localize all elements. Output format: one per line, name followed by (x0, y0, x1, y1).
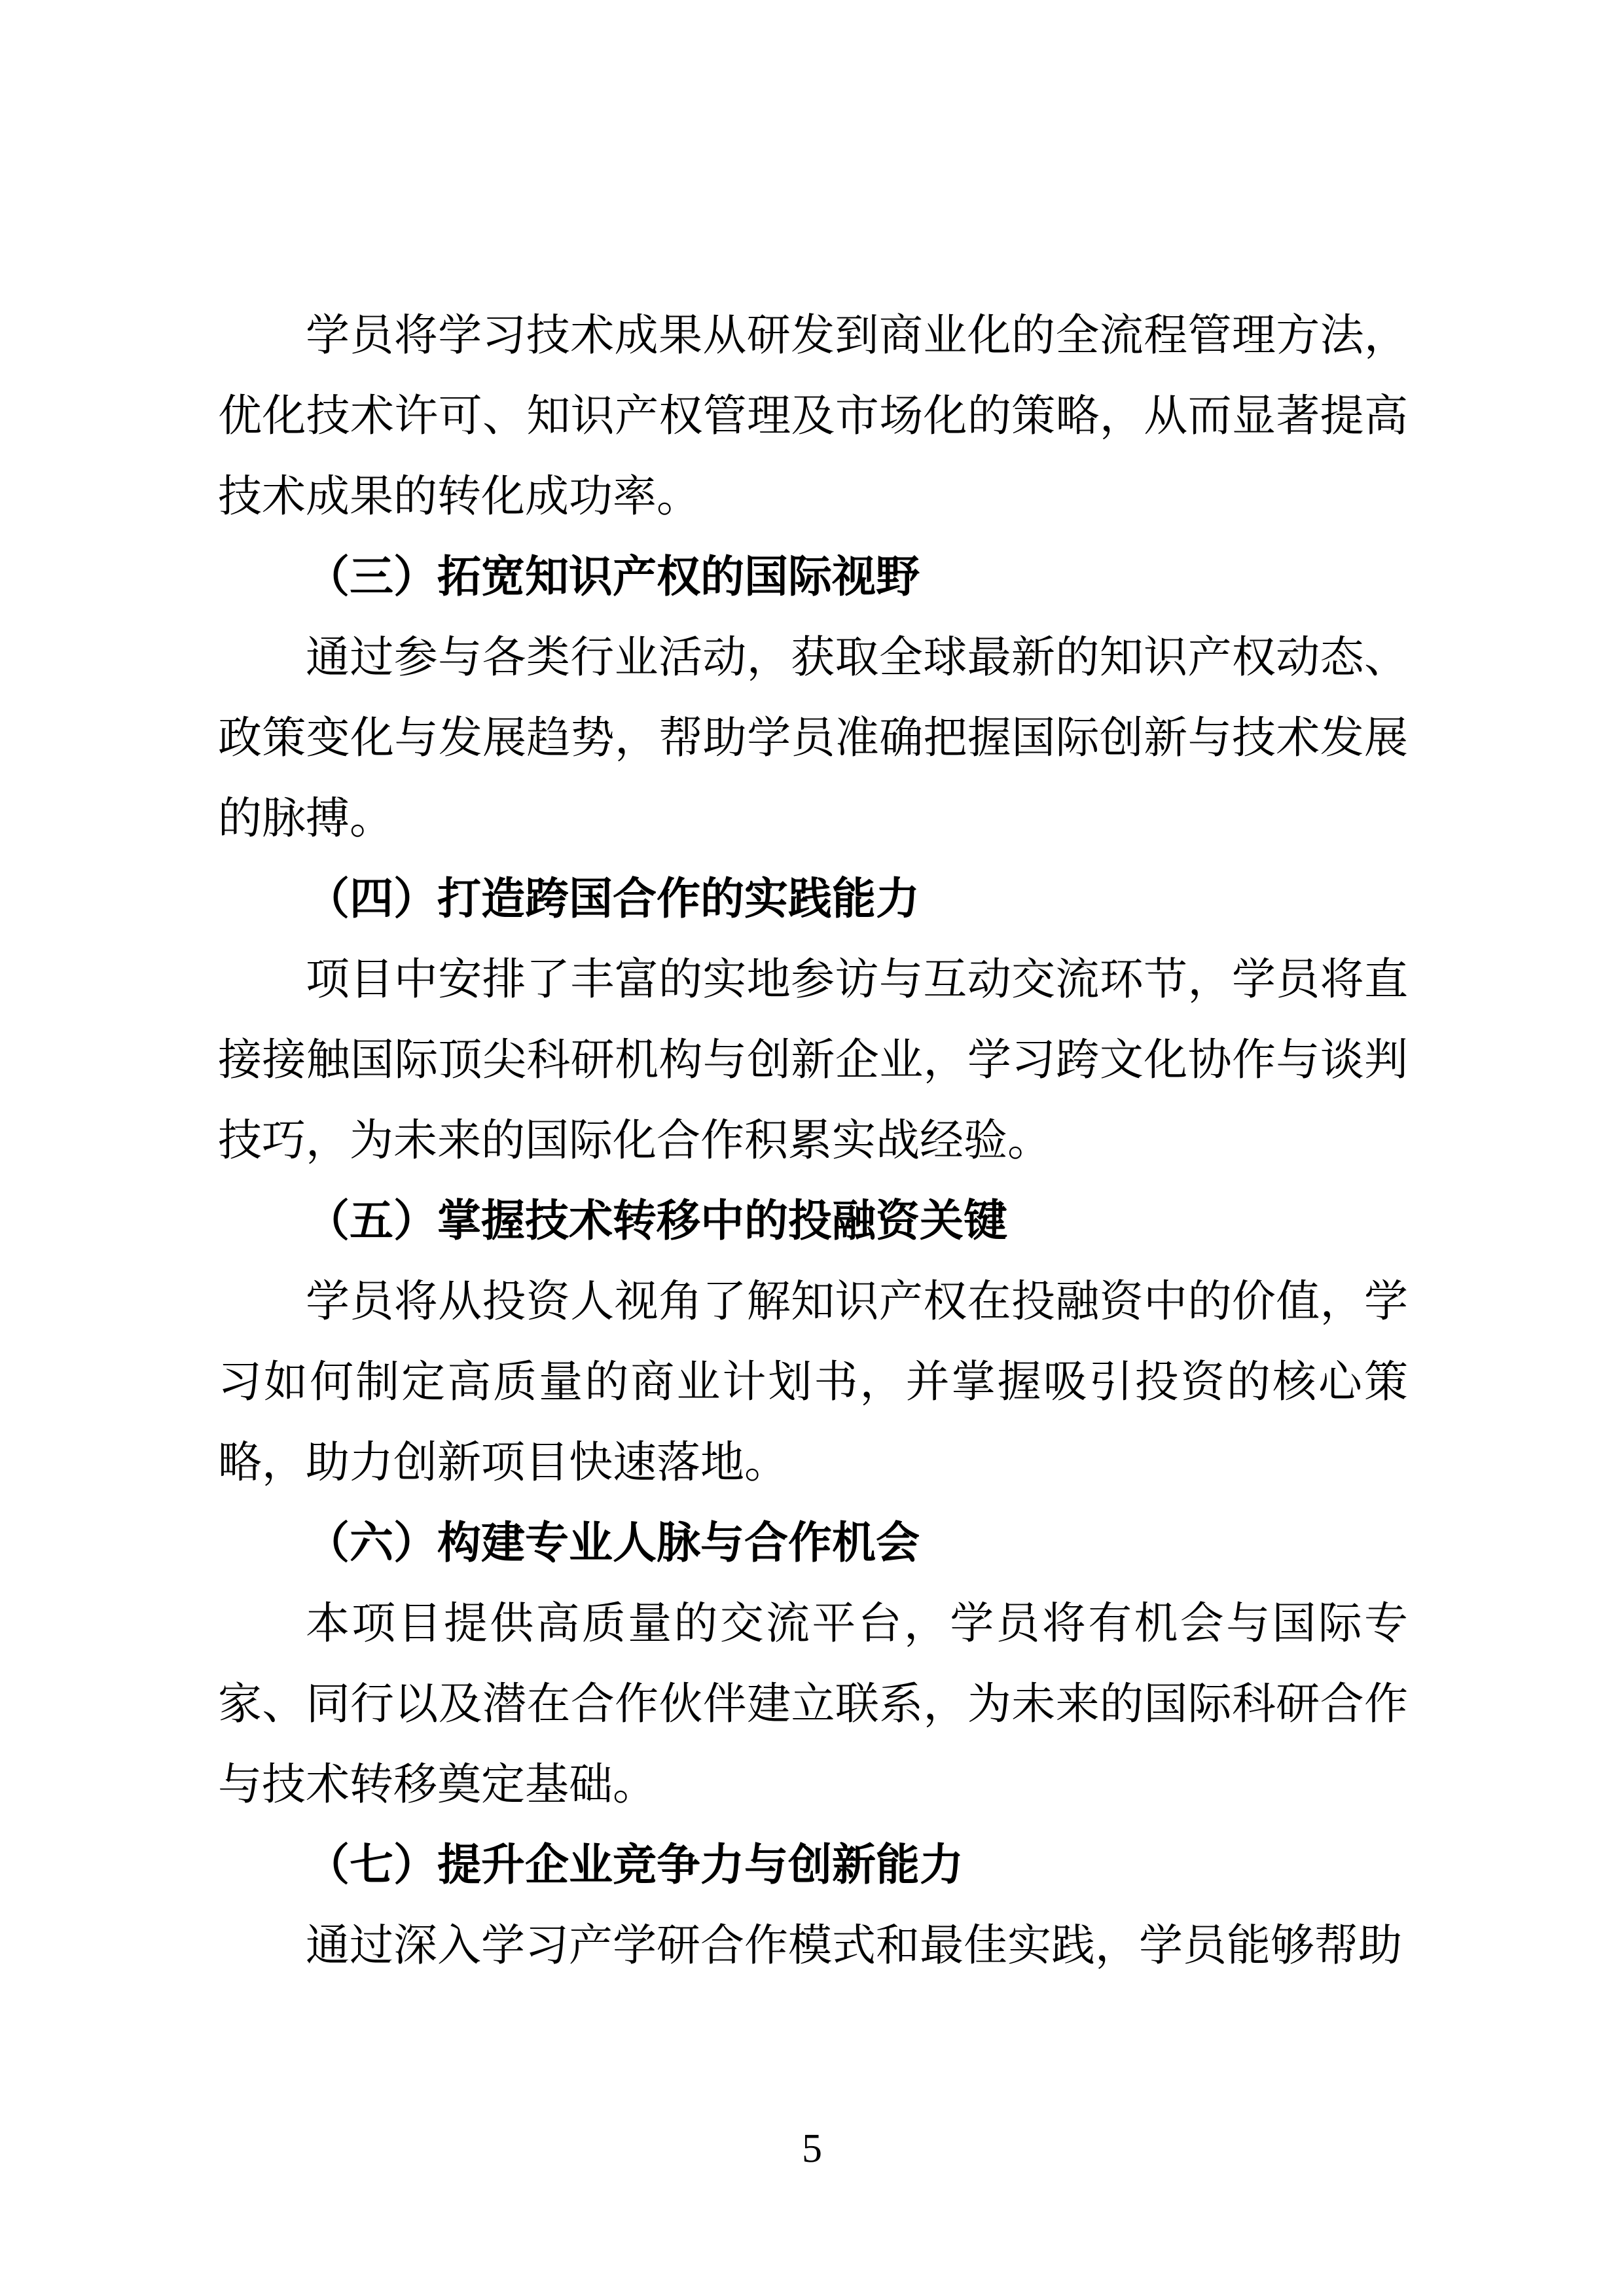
paragraph: 本项目提供高质量的交流平台，学员将有机会与国际专家、同行以及潜在合作伙伴建立联系… (218, 1584, 1408, 1825)
section-heading: （七）提升企业竞争力与创新能力 (218, 1825, 1408, 1906)
section-heading: （五）掌握技术转移中的投融资关键 (218, 1181, 1408, 1262)
paragraph: 项目中安排了丰富的实地参访与互动交流环节，学员将直接接触国际顶尖科研机构与创新企… (218, 940, 1408, 1181)
paragraph: 通过参与各类行业活动，获取全球最新的知识产权动态、政策变化与发展趋势，帮助学员准… (218, 618, 1408, 859)
section-heading: （四）打造跨国合作的实践能力 (218, 859, 1408, 940)
section-heading: （六）构建专业人脉与合作机会 (218, 1503, 1408, 1584)
page-number: 5 (0, 2126, 1624, 2172)
section-heading: （三）拓宽知识产权的国际视野 (218, 537, 1408, 618)
document-page: 学员将学习技术成果从研发到商业化的全流程管理方法，优化技术许可、知识产权管理及市… (0, 0, 1624, 2296)
paragraph: 通过深入学习产学研合作模式和最佳实践，学员能够帮助 (218, 1906, 1408, 1986)
paragraph: 学员将学习技术成果从研发到商业化的全流程管理方法，优化技术许可、知识产权管理及市… (218, 296, 1408, 537)
paragraph: 学员将从投资人视角了解知识产权在投融资中的价值，学习如何制定高质量的商业计划书，… (218, 1262, 1408, 1503)
document-body: 学员将学习技术成果从研发到商业化的全流程管理方法，优化技术许可、知识产权管理及市… (218, 296, 1408, 1986)
